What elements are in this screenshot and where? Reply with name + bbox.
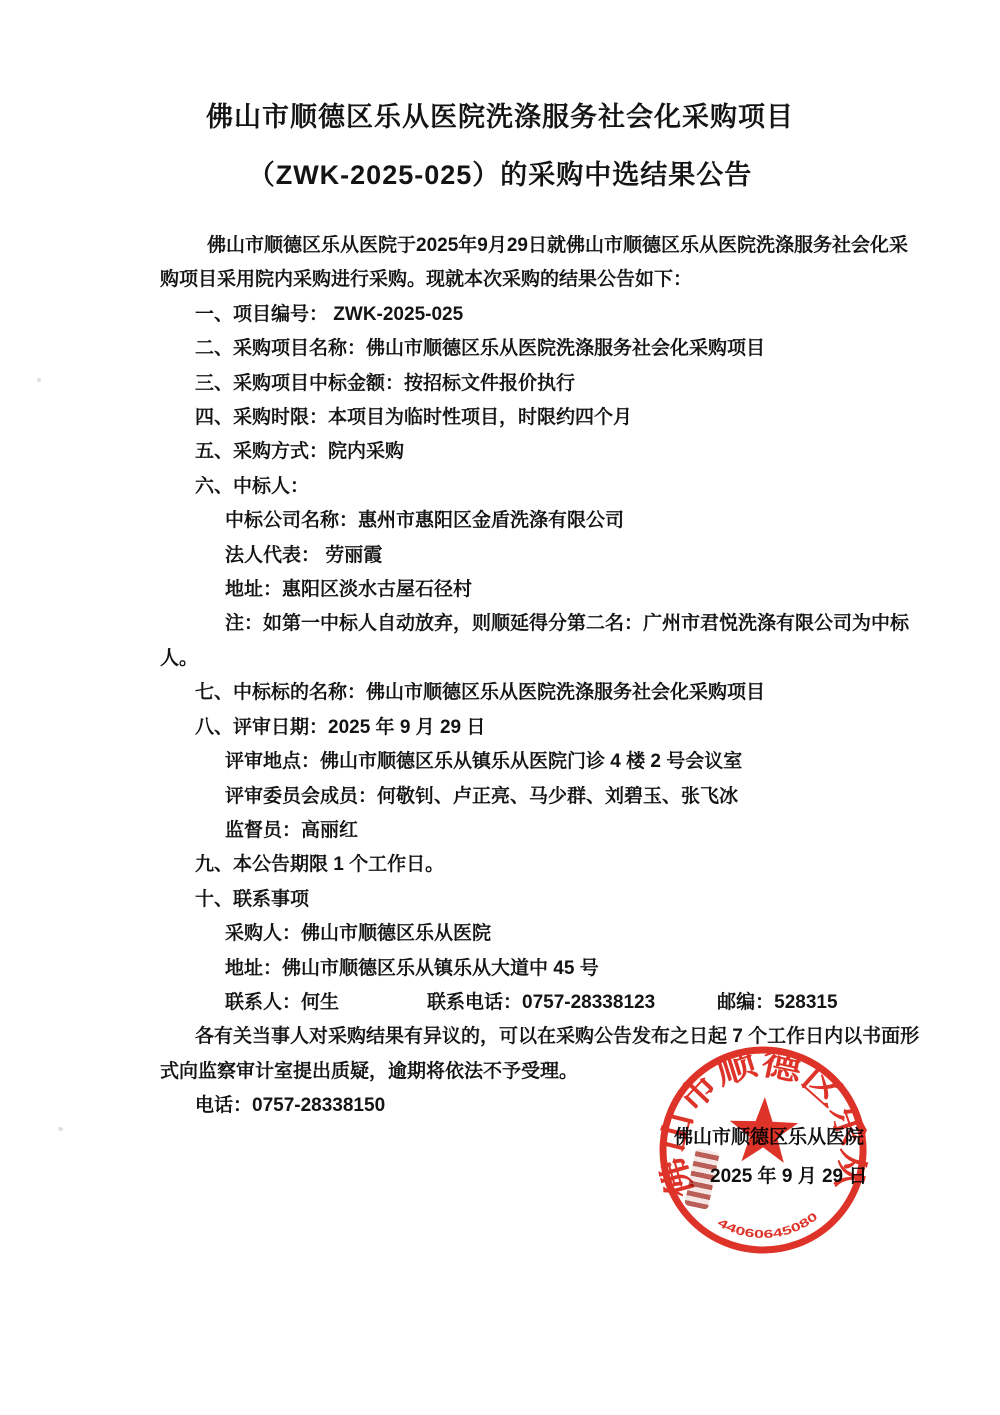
- contact-phone: 联系电话：0757-28338123: [427, 992, 655, 1013]
- postal-code: 邮编：528315: [717, 992, 837, 1013]
- intro-line-2: 购项目采用院内采购进行采购。现就本次采购的结果公告如下：: [160, 263, 874, 297]
- doc-title-line1: 佛山市顺德区乐从医院洗涤服务社会化采购项目: [0, 100, 1000, 134]
- item-7-subject-name: 七、中标标的名称：佛山市顺德区乐从医院洗涤服务社会化采购项目: [160, 676, 874, 710]
- review-location: 评审地点：佛山市顺德区乐从镇乐从医院门诊 4 楼 2 号会议室: [160, 745, 874, 779]
- item-6-winner-heading: 六、中标人：: [160, 470, 874, 504]
- item-1-project-number: 一、项目编号： ZWK-2025-025: [160, 298, 874, 332]
- seal-star-icon: [728, 1096, 799, 1163]
- contact-row: 联系人：何生联系电话：0757-28338123邮编：528315: [160, 986, 874, 1020]
- note-line-1: 注：如第一中标人自动放弃，则顺延得分第二名：广州市君悦洗涤有限公司为中标: [160, 607, 874, 641]
- contact-person: 联系人：何生: [225, 992, 339, 1013]
- item-4-procurement-period: 四、采购时限：本项目为临时性项目，时限约四个月: [160, 401, 874, 435]
- document-page: 佛山市顺德区乐从医院洗涤服务社会化采购项目 （ZWK-2025-025）的采购中…: [0, 0, 1000, 1415]
- supervisor: 监督员：高丽红: [160, 814, 874, 848]
- scan-artifact: [58, 1127, 63, 1131]
- note-line-2: 人。: [160, 642, 874, 676]
- item-3-award-amount: 三、采购项目中标金额：按招标文件报价执行: [160, 367, 874, 401]
- review-committee: 评审委员会成员：何敬钊、卢正亮、马少群、刘碧玉、张飞冰: [160, 780, 874, 814]
- doc-title-line2: （ZWK-2025-025）的采购中选结果公告: [0, 158, 1000, 192]
- document-body: 佛山市顺德区乐从医院于2025年9月29日就佛山市顺德区乐从医院洗涤服务社会化采…: [160, 229, 874, 1124]
- intro-line-1: 佛山市顺德区乐从医院于2025年9月29日就佛山市顺德区乐从医院洗涤服务社会化采: [160, 229, 874, 263]
- buyer-address: 地址：佛山市顺德区乐从镇乐从大道中 45 号: [160, 952, 874, 986]
- scan-artifact: [37, 378, 41, 382]
- official-seal: 佛山市顺德区乐从医院 4406064508037: [644, 1032, 882, 1270]
- document-header: 佛山市顺德区乐从医院洗涤服务社会化采购项目 （ZWK-2025-025）的采购中…: [0, 0, 1000, 192]
- winner-legal-rep: 法人代表： 劳丽霞: [160, 539, 874, 573]
- item-5-procurement-method: 五、采购方式：院内采购: [160, 435, 874, 469]
- item-10-contact-heading: 十、联系事项: [160, 883, 874, 917]
- buyer: 采购人：佛山市顺德区乐从医院: [160, 917, 874, 951]
- item-8-review-date: 八、评审日期：2025 年 9 月 29 日: [160, 711, 874, 745]
- winner-company-name: 中标公司名称：惠州市惠阳区金盾洗涤有限公司: [160, 504, 874, 538]
- item-2-project-name: 二、采购项目名称：佛山市顺德区乐从医院洗涤服务社会化采购项目: [160, 332, 874, 366]
- winner-address: 地址：惠阳区淡水古屋石径村: [160, 573, 874, 607]
- item-9-announcement-period: 九、本公告期限 1 个工作日。: [160, 848, 874, 882]
